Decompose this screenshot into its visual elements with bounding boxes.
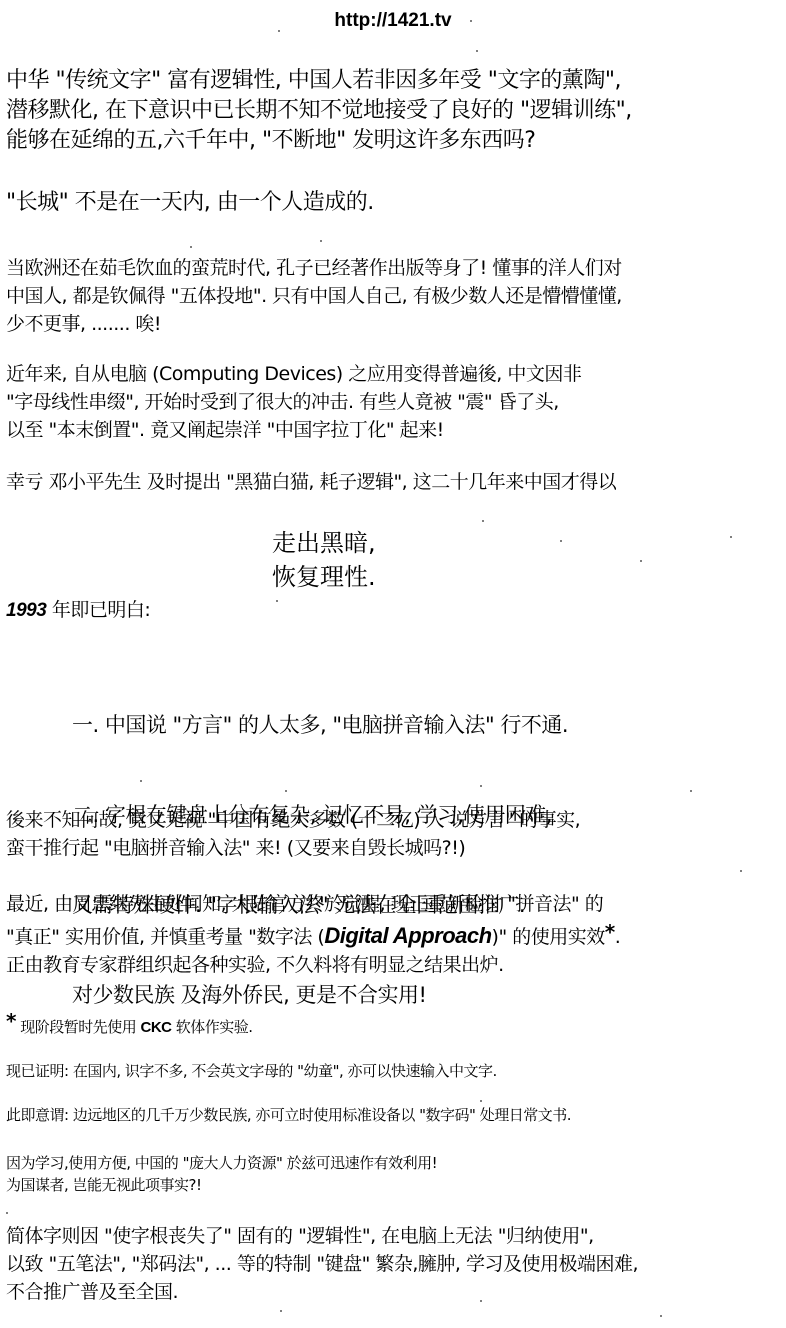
paragraph-simplified-chars: 简体字则因 "使字根丧失了" 固有的 "逻辑性", 在电脑上无法 "归纳使用",…: [6, 1222, 638, 1306]
paragraph-deng-xiaoping: 幸亏 邓小平先生 及时提出 "黑猫白猫, 耗子逻辑", 这二十几年来中国才得以: [6, 468, 616, 496]
paragraph-computing-devices: 近年来, 自从电脑 (Computing Devices) 之应用变得普遍後, …: [6, 360, 581, 444]
year-1993: 1993: [6, 600, 46, 621]
text-line: 正由教育专家群组织起各种实验, 不久料将有明显之结果出炉.: [6, 951, 620, 979]
digital-approach-emphasis: Digital Approach: [324, 923, 491, 948]
text-line: 因为学习,使用方便, 中国的 "庞大人力资源" 於兹可迅速作有效利用!: [6, 1152, 437, 1174]
text-line: 以致 "五笔法", "郑码法", ... 等的特制 "键盘" 繁杂,臃肿, 学习…: [6, 1250, 638, 1278]
text-line: 近年来, 自从电脑 (Computing Devices) 之应用变得普遍後, …: [6, 360, 581, 388]
text-line: 以至 "本末倒置". 竟又阐起崇洋 "中国字拉丁化" 起来!: [6, 416, 581, 444]
ckc-label: CKC: [141, 1019, 172, 1036]
text-line: "字母线性串缀", 开始时受到了很大的冲击. 有些人竟被 "震" 昏了头,: [6, 388, 581, 416]
text-line: 少不更事, ....... 唉!: [6, 310, 622, 338]
paragraph-minorities: 此即意谓: 边远地区的几千万少数民族, 亦可立时使用标准设备以 "数字码" 处理…: [6, 1104, 571, 1126]
footnote: * 现阶段暂时先使用 CKC 软体作实验.: [6, 1010, 253, 1039]
text-line: 为国谋者, 岂能无视此项事实?!: [6, 1174, 437, 1196]
text-line: 潜移默化, 在下意识中已长期不知不觉地接受了良好的 "逻辑训练",: [6, 96, 632, 126]
text-line: 中国人, 都是钦佩得 "五体投地". 只有中国人自己, 有极少数人还是懵懵懂懂,: [6, 282, 622, 310]
text-line: 现已证明: 在国内, 识字不多, 不会英文字母的 "幼童", 亦可以快速输入中文…: [6, 1060, 497, 1082]
list-item: 对少数民族 及海外侨民, 更是不合实用!: [72, 980, 568, 1010]
text-line: 能够在延绵的五,六千年中, "不断地" 发明这许多东西吗?: [6, 126, 632, 156]
text-line: 当欧洲还在茹毛饮血的蛮荒时代, 孔子已经著作出版等身了! 懂事的洋人们对: [6, 254, 622, 282]
paragraph-pinyin-push: 後来不知何故, 竟又无视 "中国有绝大多数 (十二亿) 人 说方言" 的事实, …: [6, 806, 580, 862]
text-line: "长城" 不是在一天内, 由一个人造成的.: [6, 188, 374, 218]
text-line: 最近, 由周忠继先生处闻知, 大陆官方终於觉醒, 现正重新检讨 "拼音法" 的: [6, 890, 620, 918]
paragraph-europe-confucius: 当欧洲还在茹毛饮血的蛮荒时代, 孔子已经著作出版等身了! 懂事的洋人们对 中国人…: [6, 254, 622, 338]
list-item: 一. 中国说 "方言" 的人太多, "电脑拼音输入法" 行不通.: [72, 710, 568, 740]
text-span: 软体作实验.: [172, 1018, 253, 1036]
text-line: 此即意谓: 边远地区的几千万少数民族, 亦可立时使用标准设备以 "数字码" 处理…: [6, 1104, 571, 1126]
text-line: 蛮干推行起 "电脑拼音输入法" 来! (又要来自毁长城吗?!): [6, 834, 580, 862]
text-line: 中华 "传统文字" 富有逻辑性, 中国人若非因多年受 "文字的薰陶",: [6, 66, 632, 96]
slogan-line: 走出黑暗,: [272, 526, 376, 560]
text-span: 年即已明白:: [46, 599, 150, 621]
footnote-marker: *: [605, 920, 615, 944]
text-line: 简体字则因 "使字根丧失了" 固有的 "逻辑性", 在电脑上无法 "归纳使用",: [6, 1222, 638, 1250]
slogan-line: 恢复理性.: [272, 560, 376, 594]
paragraph-digital-approach: 最近, 由周忠继先生处闻知, 大陆官方终於觉醒, 现正重新检讨 "拼音法" 的 …: [6, 890, 620, 979]
paragraph-chinese-logic: 中华 "传统文字" 富有逻辑性, 中国人若非因多年受 "文字的薰陶", 潜移默化…: [6, 66, 632, 156]
text-line: 後来不知何故, 竟又无视 "中国有绝大多数 (十二亿) 人 说方言" 的事实,: [6, 806, 580, 834]
paragraph-human-resources: 因为学习,使用方便, 中国的 "庞大人力资源" 於兹可迅速作有效利用! 为国谋者…: [6, 1152, 437, 1196]
text-span: )" 的使用实效: [492, 926, 605, 948]
text-span: .: [615, 926, 621, 948]
source-url: http://1421.tv: [0, 10, 786, 32]
text-line: 幸亏 邓小平先生 及时提出 "黑猫白猫, 耗子逻辑", 这二十几年来中国才得以: [6, 468, 616, 496]
centered-slogan: 走出黑暗, 恢复理性.: [272, 526, 376, 594]
text-span: 现阶段暂时先使用: [16, 1018, 141, 1036]
text-line: "真正" 实用价值, 并慎重考量 "数字法 (Digital Approach)…: [6, 918, 620, 951]
paragraph-proven: 现已证明: 在国内, 识字不多, 不会英文字母的 "幼童", 亦可以快速输入中文…: [6, 1060, 497, 1082]
text-span: "真正" 实用价值, 并慎重考量 "数字法 (: [6, 926, 324, 948]
paragraph-great-wall: "长城" 不是在一天内, 由一个人造成的.: [6, 188, 374, 218]
text-line: 不合推广普及至全国.: [6, 1278, 638, 1306]
footnote-star: *: [6, 1009, 16, 1033]
paragraph-1993: 1993 年即已明白:: [6, 596, 150, 625]
